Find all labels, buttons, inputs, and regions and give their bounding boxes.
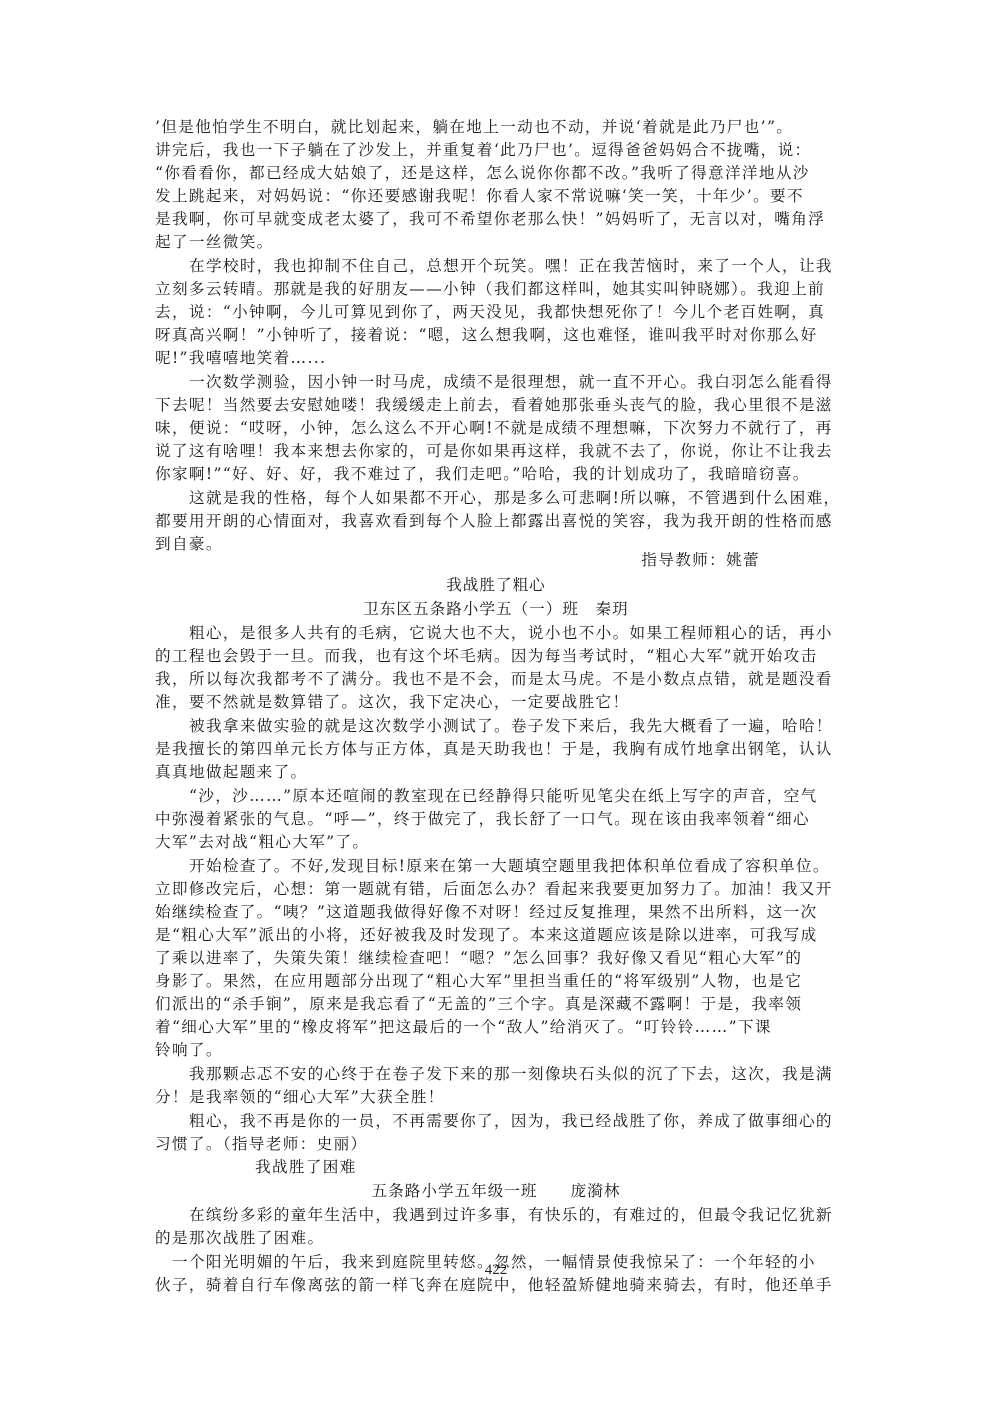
- text-line: 是我擅长的第四单元长方体与正方体，真是天助我也！于是，我胸有成竹地拿出钢笔，认认: [155, 738, 845, 760]
- text-line: “你看看你，都已经成大姑娘了，还是这样，怎么说你你都不改。”我听了得意洋洋地从沙: [155, 162, 845, 184]
- text-line: 呢!”我嘻嘻地笑着…...: [155, 347, 845, 369]
- text-line: 我，所以每次我都考不了满分。我也不是不会，而是太马虎。不是小数点点错，就是题没看: [155, 668, 845, 690]
- document-page: ’但是他怕学生不明白，就比划起来，躺在地上一动也不动，并说‘着就是此乃尸也’”。…: [0, 0, 992, 1403]
- page-number: 422: [0, 1262, 992, 1279]
- text-line: 呀真高兴啊！”小钟听了，接着说：“嗯，这么想我啊，这也难怪，谁叫我平时对你那么好: [155, 324, 845, 346]
- text-line: 开始检查了。不好,发现目标!原来在第一大题填空题里我把体积单位看成了容积单位。: [155, 855, 879, 877]
- text-line: 始继续检查了。“咦？”这道题我做得好像不对呀！经过反复推理，果然不出所料，这一次: [155, 901, 845, 923]
- text-line: 在缤纷多彩的童年生活中，我遇到过许多事，有快乐的，有难过的，但最令我记忆犹新: [155, 1204, 879, 1226]
- text-line: 粗心，是很多人共有的毛病，它说大也不大，说小也不小。如果工程师粗心的话，再小: [155, 622, 879, 644]
- text-line: 起了一丝微笑。: [155, 231, 845, 253]
- text-line: 真真地做起题来了。: [155, 761, 845, 783]
- text-line: 着“细心大军”里的“橡皮将军”把这最后的一个“敌人”给消灭了。“叮铃铃……”下课: [155, 1016, 845, 1038]
- text-line: 发上跳起来，对妈妈说：“你还要感谢我呢！你看人家不常说嘛‘笑一笑，十年少’。要不: [155, 185, 845, 207]
- text-line: 铃响了。: [155, 1039, 845, 1061]
- text-line: 一次数学测验，因小钟一时马虎，成绩不是很理想，就一直不开心。我白羽怎么能看得: [155, 371, 879, 393]
- text-line: 这就是我的性格，每个人如果都不开心，那是多么可悲啊!所以嘛，不管遇到什么困难，: [155, 487, 879, 509]
- text-line: 了乘以进率了，失策失策！继续检查吧！“嗯？”怎么回事？我好像又看见“粗心大军”的: [155, 947, 845, 969]
- essay-title: 我战胜了粗心: [0, 574, 992, 596]
- text-line: 被我拿来做实验的就是这次数学小测试了。卷子发下来后，我先大概看了一遍，哈哈！: [155, 715, 879, 737]
- text-line: 准，要不然就是数算错了。这次，我下定决心，一定要战胜它！: [155, 691, 845, 713]
- text-line: 我那颗忐忑不安的心终于在卷子发下来的那一刻像块石头似的沉了下去，这次，我是满: [155, 1063, 879, 1085]
- text-line: 的工程也会毁于一旦。而我，也有这个坏毛病。因为每当考试时，“粗心大军”就开始攻击: [155, 645, 845, 667]
- text-line: 都要用开朗的心情面对，我喜欢看到每个人脸上都露出喜悦的笑容，我为我开朗的性格而感: [155, 510, 845, 532]
- text-line: 粗心，我不再是你的一员，不再需要你了，因为，我已经战胜了你，养成了做事细心的: [155, 1110, 879, 1132]
- essay-title: 我战胜了困难: [255, 1156, 945, 1178]
- text-line: 你家啊!”“好、好、好，我不难过了，我们走吧。”哈哈，我的计划成功了，我暗暗窃喜…: [155, 463, 845, 485]
- text-line: 的是那次战胜了困难。: [155, 1227, 845, 1249]
- text-line: “沙，沙……”原本还喧闹的教室现在已经静得只能听见笔尖在纸上写字的声音，空气: [155, 785, 879, 807]
- text-line: 分！是我率领的“细心大军”大获全胜！: [155, 1086, 845, 1108]
- essay-author: 五条路小学五年级一班 庞漪林: [0, 1180, 992, 1202]
- text-line: 中弥漫着紧张的气息。“呼—”，终于做完了，我长舒了一口气。现在该由我率领着“细心: [155, 808, 845, 830]
- text-line: 讲完后，我也一下子躺在了沙发上，并重复着‘此乃尸也’。逗得爸爸妈妈合不拢嘴，说：: [155, 139, 845, 161]
- text-line: 去，说：“小钟啊，今儿可算见到你了，两天没见，我都快想死你了！今儿个老百姓啊，真: [155, 301, 845, 323]
- text-line: 是“粗心大军”派出的小将，还好被我及时发现了。本来这道题应该是除以进率，可我写成: [155, 924, 845, 946]
- teacher-signature: 指导教师：姚蕾: [0, 549, 760, 571]
- text-line: 身影了。果然，在应用题部分出现了“粗心大军”里担当重任的“将军级别”人物，也是它: [155, 970, 845, 992]
- essay-author: 卫东区五条路小学五（一）班 秦玥: [0, 598, 992, 620]
- text-line: 下去呢！当然要去安慰她喽！我缓缓走上前去，看着她那张垂头丧气的脸，我心里很不是滋: [155, 394, 845, 416]
- text-line: 味，便说：“哎呀，小钟，怎么这么不开心啊!不就是成绩不理想嘛，下次努力不就行了，…: [155, 417, 845, 439]
- text-line: 习惯了。（指导老师：史丽）: [155, 1133, 845, 1155]
- text-line: 说了这有啥哩！我本来想去你家的，可是你如果再这样，我就不去了，你说，你让不让我去: [155, 440, 845, 462]
- text-line: 们派出的“杀手锏”，原来是我忘看了“无盖的”三个字。真是深藏不露啊！于是，我率领: [155, 993, 845, 1015]
- text-line: 在学校时，我也抑制不住自己，总想开个玩笑。嘿！正在我苦恼时，来了一个人，让我: [155, 255, 879, 277]
- text-line: 是我啊，你可早就变成老太婆了，我可不希望你老那么快！”妈妈听了，无言以对，嘴角浮: [155, 208, 845, 230]
- text-line: 立即修改完后，心想：第一题就有错，后面怎么办？看起来我要更加努力了。加油！我又开: [155, 878, 845, 900]
- text-line: 立刻多云转晴。那就是我的好朋友——小钟（我们都这样叫，她其实叫钟晓娜）。我迎上前: [155, 278, 845, 300]
- text-line: ’但是他怕学生不明白，就比划起来，躺在地上一动也不动，并说‘着就是此乃尸也’”。: [155, 116, 845, 138]
- text-line: 大军”去对战“粗心大军”了。: [155, 831, 845, 853]
